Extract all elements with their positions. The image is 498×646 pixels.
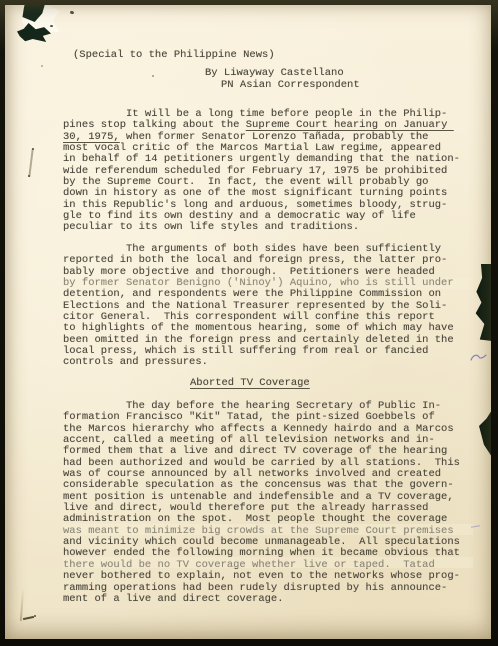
ink-blot-right-lower xyxy=(479,410,491,457)
paper: (Special to the Philippine News) By Liwa… xyxy=(5,5,491,639)
byline-author: By Liwayway Castellano xyxy=(205,68,344,79)
paragraph-1: It will be a long time before people in … xyxy=(63,109,460,234)
scanned-page: (Special to the Philippine News) By Liwa… xyxy=(0,0,498,646)
section-heading: Aborted TV Coverage xyxy=(190,378,310,389)
torn-corner-mark-top xyxy=(22,5,45,22)
ink-blot-right-upper xyxy=(475,264,491,341)
pen-dash-mark xyxy=(471,525,480,529)
dateline: (Special to the Philippine News) xyxy=(73,50,275,61)
paragraph-2: The arguments of both sides have been su… xyxy=(63,244,454,369)
scratch-end-dot xyxy=(28,175,30,177)
byline-role: PN Asian Correspondent xyxy=(221,80,360,91)
underlined-phrase-date: 30, 1975, xyxy=(63,131,120,143)
torn-paper-patch xyxy=(20,5,60,34)
ink-speck xyxy=(70,10,75,14)
paragraph-3: The day before the hearing Secretary of … xyxy=(63,401,460,605)
crease-dash-mark xyxy=(23,616,34,620)
scratch-mark xyxy=(28,149,33,177)
crease-mark xyxy=(20,588,24,621)
ink-speck xyxy=(41,65,43,67)
torn-corner-mark-lower xyxy=(17,23,51,42)
scratch-end-dot xyxy=(32,148,34,150)
underlined-phrase-supreme-court-hearing: Supreme Court hearing on January xyxy=(246,119,454,131)
paragraph-1-text-continued: when former Senator Lorenzo Tañada, prob… xyxy=(63,131,460,234)
ink-speck xyxy=(50,25,53,27)
ink-speck xyxy=(152,75,154,77)
crease-dot-mark xyxy=(34,615,36,617)
pen-scribble-mark xyxy=(470,352,488,364)
